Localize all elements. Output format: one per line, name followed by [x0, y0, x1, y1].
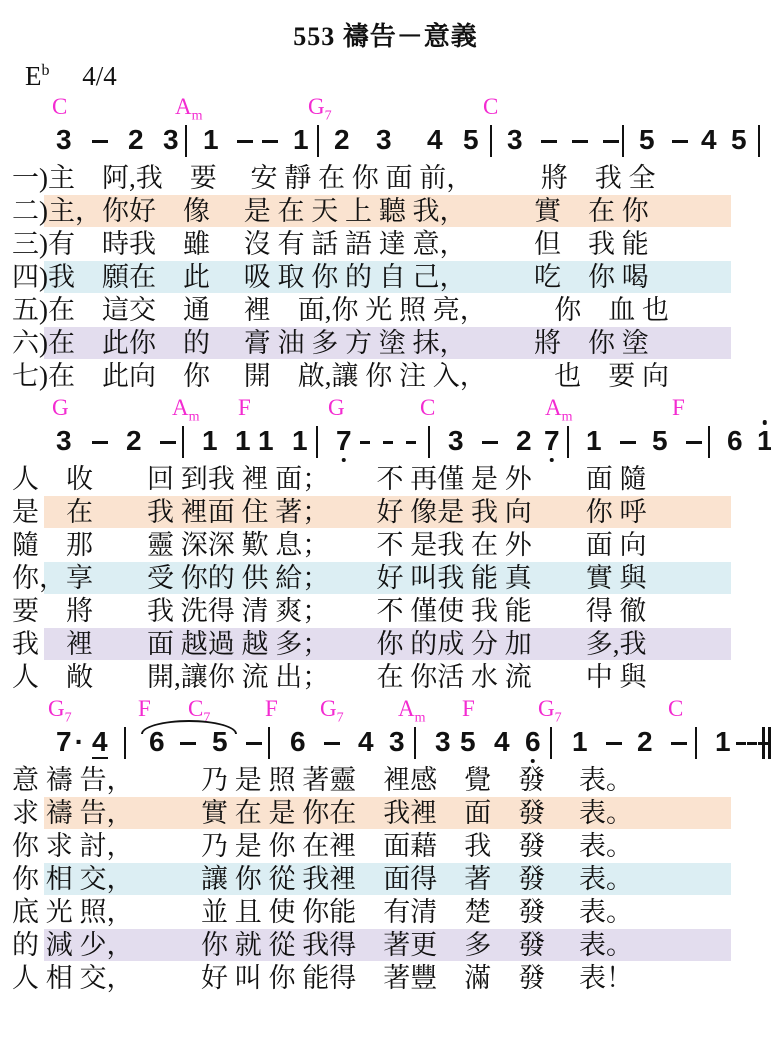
dash — [92, 441, 108, 444]
chord-label: G — [52, 395, 69, 421]
bar-line — [622, 125, 624, 157]
lyric-row: 三)有 時我 雖 沒 有 話 語 達 意， 但 我 能 — [0, 228, 771, 261]
final-bar-line — [762, 727, 771, 759]
lyric-text: 意 禱 告， 乃 是 照 著靈 裡感 覺 發 表。 — [0, 764, 771, 797]
chord-line: G7FC7FG7AmFG7C — [0, 694, 771, 724]
bar-line — [428, 426, 430, 458]
note-2: 2 — [126, 426, 142, 456]
chord-label: F — [462, 696, 475, 722]
dash — [360, 441, 370, 444]
lyric-row: 我 裡 面 越過 越 多； 你 的成 分 加 多,我 — [0, 628, 771, 661]
lyric-text: 人 相 交， 好 叫 你 能得 著豐 滿 發 表！ — [0, 962, 771, 995]
bar-line — [490, 125, 492, 157]
bar-line — [708, 426, 710, 458]
dash — [324, 742, 340, 745]
lyric-text: 你，享 受 你的 供 給； 好 叫我 能 真 實 與 — [0, 562, 771, 595]
bar-line — [758, 125, 760, 157]
note-5: 5 — [463, 125, 479, 155]
note-7: 7 — [544, 426, 560, 456]
lyric-row: 是 在 我 裡面 住 著； 好 像是 我 向 你 呼 — [0, 496, 771, 529]
bar-line — [124, 727, 126, 759]
lyric-row: 一)主 阿,我 要 安 靜 在 你 面 前， 將 我 全 — [0, 162, 771, 195]
dash — [603, 140, 619, 143]
lyric-text: 要 將 我 洗得 清 爽； 不 僅使 我 能 得 徹 — [0, 595, 771, 628]
note-4: 4 — [358, 727, 374, 757]
notation-line: 32111173271561 — [0, 423, 771, 463]
lyric-row: 的 減 少， 你 就 從 我得 著更 多 發 表。 — [0, 929, 771, 962]
chord-label: Am — [398, 696, 426, 722]
chord-label: C — [420, 395, 435, 421]
bar-line — [268, 727, 270, 759]
lyric-text: 六)在 此你 的 膏 油 多 方 塗 抹， 將 你 塗 — [0, 327, 771, 360]
dash — [406, 441, 416, 444]
bar-line — [316, 426, 318, 458]
chord-label: F — [265, 696, 278, 722]
note-1: 1 — [293, 125, 309, 155]
chord-line: GAmFGCAmF — [0, 393, 771, 423]
lyric-row: 底 光 照， 並 且 使 你能 有清 楚 發 表。 — [0, 896, 771, 929]
octave-dot-low — [531, 759, 536, 764]
dash — [262, 140, 278, 143]
lyric-text: 隨 那 靈 深深 歎 息； 不 是我 在 外 面 向 — [0, 529, 771, 562]
dash — [160, 441, 176, 444]
note-5: 5 — [652, 426, 668, 456]
lyric-text: 底 光 照， 並 且 使 你能 有清 楚 發 表。 — [0, 896, 771, 929]
bar-line — [182, 426, 184, 458]
music-section: CAmG7C3231123453545一)主 阿,我 要 安 靜 在 你 面 前… — [0, 92, 771, 393]
chord-label: C — [483, 94, 498, 120]
page-title: 553 禱告－意義 — [0, 20, 771, 54]
lyric-row: 意 禱 告， 乃 是 照 著靈 裡感 覺 發 表。 — [0, 764, 771, 797]
note-1: 1 — [757, 426, 771, 456]
music-section: G7FC7FG7AmFG7C7·4656433546121意 禱 告， 乃 是 … — [0, 694, 771, 995]
note-3: 3 — [389, 727, 405, 757]
octave-dot-low — [550, 458, 555, 463]
lyric-text: 七)在 此向 你 開 啟,讓 你 注 入， 也 要 向 — [0, 360, 771, 393]
note-7: 7 — [336, 426, 352, 456]
lyric-row: 人 敞 開,讓你 流 出； 在 你活 水 流 中 與 — [0, 661, 771, 694]
chord-label: Am — [545, 395, 573, 421]
lyric-row: 你 相 交， 讓 你 從 我裡 面得 著 發 表。 — [0, 863, 771, 896]
music-section: GAmFGCAmF32111173271561人 收 回 到我 裡 面； 不 再… — [0, 393, 771, 694]
octave-dot-low — [342, 458, 347, 463]
note-3: 3 — [376, 125, 392, 155]
lyric-row: 人 收 回 到我 裡 面； 不 再僅 是 外 面 隨 — [0, 463, 771, 496]
dash — [246, 742, 262, 745]
key-meter-line: Eb 4/4 — [0, 54, 771, 92]
music-sections: CAmG7C3231123453545一)主 阿,我 要 安 靜 在 你 面 前… — [0, 92, 771, 995]
note-3: 3 — [448, 426, 464, 456]
lyric-row: 你 求 討， 乃 是 你 在裡 面藉 我 發 表。 — [0, 830, 771, 863]
lyric-text: 求 禱 告， 實 在 是 你在 我裡 面 發 表。 — [0, 797, 771, 830]
chord-label: G7 — [48, 696, 72, 722]
lyric-row: 人 相 交， 好 叫 你 能得 著豐 滿 發 表！ — [0, 962, 771, 995]
note-1: 1 — [203, 125, 219, 155]
note-1: 1 — [586, 426, 602, 456]
notation-line: 7·4656433546121 — [0, 724, 771, 764]
note-2: 2 — [128, 125, 144, 155]
dash — [92, 140, 108, 143]
lyric-text: 你 求 討， 乃 是 你 在裡 面藉 我 發 表。 — [0, 830, 771, 863]
dash — [736, 742, 746, 745]
lyric-text: 人 收 回 到我 裡 面； 不 再僅 是 外 面 隨 — [0, 463, 771, 496]
lyric-text: 三)有 時我 雖 沒 有 話 語 達 意， 但 我 能 — [0, 228, 771, 261]
lyric-row: 五)在 這交 通 裡 面,你 光 照 亮， 你 血 也 — [0, 294, 771, 327]
bar-line — [414, 727, 416, 759]
bar-line — [185, 125, 187, 157]
note-5: 5 — [460, 727, 476, 757]
note-1: 1 — [292, 426, 308, 456]
chord-line: CAmG7C — [0, 92, 771, 122]
bar-line — [550, 727, 552, 759]
note-1: 1 — [202, 426, 218, 456]
chord-label: Am — [172, 395, 200, 421]
chord-label: Am — [175, 94, 203, 120]
notation-line: 3231123453545 — [0, 122, 771, 162]
chord-label: G7 — [538, 696, 562, 722]
chord-label: G7 — [308, 94, 332, 120]
lyric-row: 隨 那 靈 深深 歎 息； 不 是我 在 外 面 向 — [0, 529, 771, 562]
dash — [237, 140, 253, 143]
dash — [572, 140, 588, 143]
note-6: 6 — [727, 426, 743, 456]
bar-line — [317, 125, 319, 157]
chord-label: G7 — [320, 696, 344, 722]
dash — [620, 441, 636, 444]
final-bar-thick — [768, 727, 771, 759]
lyric-row: 要 將 我 洗得 清 爽； 不 僅使 我 能 得 徹 — [0, 595, 771, 628]
note-4: 4 — [427, 125, 443, 155]
chord-label: F — [138, 696, 151, 722]
bar-line — [695, 727, 697, 759]
note-1: 1 — [572, 727, 588, 757]
note-2: 2 — [516, 426, 532, 456]
lyric-text: 二)主，你好 像 是 在 天 上 聽 我， 實 在 你 — [0, 195, 771, 228]
dash — [180, 742, 196, 745]
dash — [383, 441, 393, 444]
chord-label: F — [672, 395, 685, 421]
note-4: 4 — [701, 125, 717, 155]
time-signature: 4/4 — [82, 61, 117, 91]
dash — [747, 742, 757, 745]
note-1: 1 — [235, 426, 251, 456]
note-5: 5 — [731, 125, 747, 155]
dash — [541, 140, 557, 143]
note-1: 1 — [715, 727, 731, 757]
lyric-row: 求 禱 告， 實 在 是 你在 我裡 面 發 表。 — [0, 797, 771, 830]
dash — [482, 441, 498, 444]
note-3: 3 — [56, 426, 72, 456]
lyric-row: 四)我 願在 此 吸 取 你 的 自 己， 吃 你 喝 — [0, 261, 771, 294]
lyric-text: 的 減 少， 你 就 從 我得 著更 多 發 表。 — [0, 929, 771, 962]
lyric-row: 六)在 此你 的 膏 油 多 方 塗 抹， 將 你 塗 — [0, 327, 771, 360]
lyric-row: 二)主，你好 像 是 在 天 上 聽 我， 實 在 你 — [0, 195, 771, 228]
note-2: 2 — [334, 125, 350, 155]
lyric-text: 四)我 願在 此 吸 取 你 的 自 己， 吃 你 喝 — [0, 261, 771, 294]
dash — [672, 140, 688, 143]
bar-line — [567, 426, 569, 458]
lyric-text: 一)主 阿,我 要 安 靜 在 你 面 前， 將 我 全 — [0, 162, 771, 195]
lyric-text: 你 相 交， 讓 你 從 我裡 面得 著 發 表。 — [0, 863, 771, 896]
chord-label: C — [668, 696, 683, 722]
key-signature: Eb — [25, 61, 50, 91]
lyric-text: 我 裡 面 越過 越 多； 你 的成 分 加 多,我 — [0, 628, 771, 661]
dash — [686, 441, 702, 444]
octave-dot-high — [763, 420, 768, 425]
chord-label: C7 — [188, 696, 210, 722]
note-3: 3 — [435, 727, 451, 757]
chord-label: G — [328, 395, 345, 421]
note-2: 2 — [637, 727, 653, 757]
chord-label: C — [52, 94, 67, 120]
note-5: 5 — [639, 125, 655, 155]
note-3: 3 — [507, 125, 523, 155]
dash — [606, 742, 622, 745]
lyric-text: 人 敞 開,讓你 流 出； 在 你活 水 流 中 與 — [0, 661, 771, 694]
note-4: 4 — [494, 727, 510, 757]
note-4: 4 — [92, 727, 108, 759]
dash — [671, 742, 687, 745]
note-6: 6 — [290, 727, 306, 757]
note-3: 3 — [163, 125, 179, 155]
lyric-text: 五)在 這交 通 裡 面,你 光 照 亮， 你 血 也 — [0, 294, 771, 327]
hymn-sheet-page: 553 禱告－意義 Eb 4/4 CAmG7C3231123453545一)主 … — [0, 0, 771, 1042]
lyric-row: 你，享 受 你的 供 給； 好 叫我 能 真 實 與 — [0, 562, 771, 595]
note-1: 1 — [258, 426, 274, 456]
lyric-row: 七)在 此向 你 開 啟,讓 你 注 入， 也 要 向 — [0, 360, 771, 393]
lyric-text: 是 在 我 裡面 住 著； 好 像是 我 向 你 呼 — [0, 496, 771, 529]
final-bar-thin — [762, 727, 765, 759]
note-3: 3 — [56, 125, 72, 155]
note-7: 7· — [56, 727, 84, 757]
note-6: 6 — [525, 727, 541, 757]
chord-label: F — [238, 395, 251, 421]
